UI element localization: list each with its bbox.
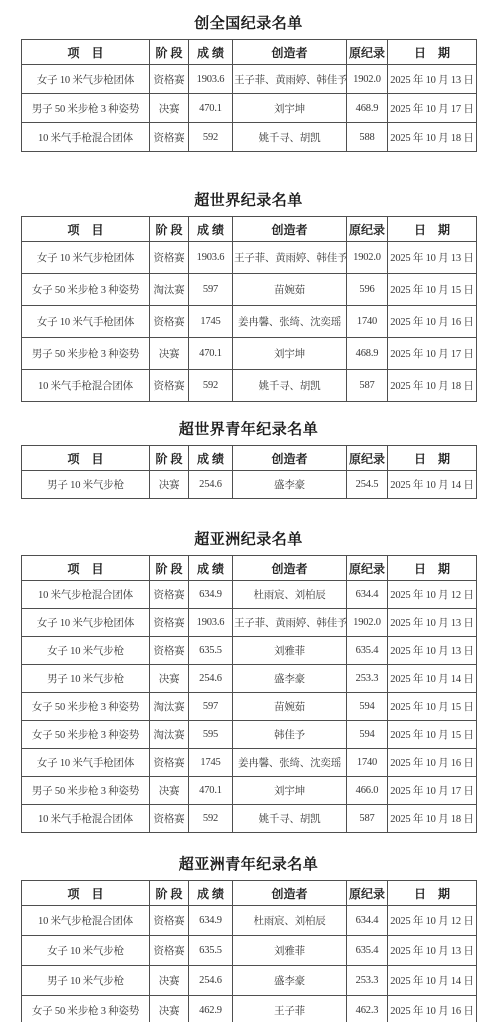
table-row: 女子 10 米气步枪资格赛635.5刘雅菲635.42025 年 10 月 13… (22, 637, 477, 665)
cell-score: 595 (189, 721, 233, 749)
cell-event: 女子 50 米步枪 3 种姿势 (22, 721, 150, 749)
section-title: 超世界青年纪录名单 (21, 418, 476, 439)
cell-event: 女子 10 米气步枪团体 (22, 609, 150, 637)
cell-date: 2025 年 10 月 15 日 (388, 274, 477, 306)
column-header-creator: 创造者 (233, 556, 347, 581)
column-header-stage: 阶 段 (150, 881, 189, 906)
cell-previous-record: 466.0 (347, 777, 388, 805)
cell-score: 254.6 (189, 471, 233, 499)
table-row: 女子 10 米气步枪团体资格赛1903.6王子菲、黄雨婷、韩佳予1902.020… (22, 242, 477, 274)
cell-score: 470.1 (189, 777, 233, 805)
cell-creator: 姚千寻、胡凯 (233, 123, 347, 152)
cell-stage: 资格赛 (150, 65, 189, 94)
cell-event: 男子 50 米步枪 3 种姿势 (22, 94, 150, 123)
column-header-creator: 创造者 (233, 446, 347, 471)
cell-creator: 刘宇坤 (233, 94, 347, 123)
cell-creator: 杜雨宸、刘柏辰 (233, 581, 347, 609)
cell-event: 男子 50 米步枪 3 种姿势 (22, 777, 150, 805)
column-header-event: 项 目 (22, 446, 150, 471)
cell-previous-record: 587 (347, 805, 388, 833)
cell-previous-record: 588 (347, 123, 388, 152)
column-header-date: 日 期 (388, 556, 477, 581)
cell-event: 男子 10 米气步枪 (22, 665, 150, 693)
cell-creator: 王子菲、黄雨婷、韩佳予 (233, 242, 347, 274)
cell-date: 2025 年 10 月 13 日 (388, 936, 477, 966)
column-header-score: 成 绩 (189, 446, 233, 471)
cell-event: 女子 10 米气步枪团体 (22, 65, 150, 94)
cell-stage: 决赛 (150, 338, 189, 370)
cell-score: 1903.6 (189, 242, 233, 274)
column-header-previous-record: 原纪录 (347, 217, 388, 242)
cell-stage: 决赛 (150, 966, 189, 996)
table-row: 男子 50 米步枪 3 种姿势决赛470.1刘宇坤468.92025 年 10 … (22, 94, 477, 123)
table-row: 女子 10 米气步枪团体资格赛1903.6王子菲、黄雨婷、韩佳予1902.020… (22, 65, 477, 94)
cell-score: 1745 (189, 749, 233, 777)
column-header-previous-record: 原纪录 (347, 556, 388, 581)
record-section: 超亚洲纪录名单项 目阶 段成 绩创造者原纪录日 期10 米气步枪混合团体资格赛6… (21, 528, 476, 833)
record-section: 创全国纪录名单项 目阶 段成 绩创造者原纪录日 期女子 10 米气步枪团体资格赛… (21, 12, 476, 152)
cell-score: 1903.6 (189, 609, 233, 637)
column-header-creator: 创造者 (233, 40, 347, 65)
column-header-event: 项 目 (22, 881, 150, 906)
cell-date: 2025 年 10 月 16 日 (388, 749, 477, 777)
table-row: 10 米气步枪混合团体资格赛634.9杜雨宸、刘柏辰634.42025 年 10… (22, 581, 477, 609)
table-row: 男子 10 米气步枪决赛254.6盛李豪254.52025 年 10 月 14 … (22, 471, 477, 499)
cell-creator: 苗婉茹 (233, 274, 347, 306)
cell-creator: 姚千寻、胡凯 (233, 805, 347, 833)
table-row: 10 米气手枪混合团体资格赛592姚千寻、胡凯5872025 年 10 月 18… (22, 370, 477, 402)
cell-stage: 资格赛 (150, 123, 189, 152)
cell-score: 597 (189, 693, 233, 721)
cell-score: 462.9 (189, 996, 233, 1022)
cell-stage: 资格赛 (150, 805, 189, 833)
column-header-event: 项 目 (22, 556, 150, 581)
cell-event: 男子 10 米气步枪 (22, 471, 150, 499)
table-row: 女子 50 米步枪 3 种姿势淘汰赛597苗婉茹5942025 年 10 月 1… (22, 693, 477, 721)
cell-date: 2025 年 10 月 15 日 (388, 693, 477, 721)
cell-stage: 资格赛 (150, 749, 189, 777)
column-header-date: 日 期 (388, 881, 477, 906)
column-header-score: 成 绩 (189, 217, 233, 242)
cell-event: 10 米气手枪混合团体 (22, 123, 150, 152)
table-row: 女子 10 米气步枪团体资格赛1903.6王子菲、黄雨婷、韩佳予1902.020… (22, 609, 477, 637)
cell-date: 2025 年 10 月 14 日 (388, 471, 477, 499)
cell-event: 女子 10 米气步枪 (22, 936, 150, 966)
cell-date: 2025 年 10 月 18 日 (388, 805, 477, 833)
cell-event: 男子 10 米气步枪 (22, 966, 150, 996)
cell-score: 592 (189, 370, 233, 402)
cell-date: 2025 年 10 月 17 日 (388, 338, 477, 370)
table-row: 男子 10 米气步枪决赛254.6盛李豪253.32025 年 10 月 14 … (22, 665, 477, 693)
cell-stage: 决赛 (150, 996, 189, 1022)
cell-event: 10 米气手枪混合团体 (22, 370, 150, 402)
table-row: 女子 50 米步枪 3 种姿势决赛462.9王子菲462.32025 年 10 … (22, 996, 477, 1022)
record-section: 超亚洲青年纪录名单项 目阶 段成 绩创造者原纪录日 期10 米气步枪混合团体资格… (21, 853, 476, 1022)
cell-date: 2025 年 10 月 12 日 (388, 581, 477, 609)
cell-score: 634.9 (189, 906, 233, 936)
cell-stage: 淘汰赛 (150, 721, 189, 749)
cell-creator: 刘宇坤 (233, 338, 347, 370)
column-header-stage: 阶 段 (150, 446, 189, 471)
cell-date: 2025 年 10 月 14 日 (388, 966, 477, 996)
header-row: 项 目阶 段成 绩创造者原纪录日 期 (22, 556, 477, 581)
header-row: 项 目阶 段成 绩创造者原纪录日 期 (22, 40, 477, 65)
section-title: 创全国纪录名单 (21, 12, 476, 33)
cell-previous-record: 253.3 (347, 665, 388, 693)
records-table: 项 目阶 段成 绩创造者原纪录日 期女子 10 米气步枪团体资格赛1903.6王… (21, 39, 477, 152)
cell-creator: 姜冉馨、张绮、沈奕瑶 (233, 749, 347, 777)
cell-stage: 决赛 (150, 471, 189, 499)
cell-date: 2025 年 10 月 16 日 (388, 306, 477, 338)
cell-previous-record: 587 (347, 370, 388, 402)
column-header-creator: 创造者 (233, 881, 347, 906)
column-header-score: 成 绩 (189, 40, 233, 65)
header-row: 项 目阶 段成 绩创造者原纪录日 期 (22, 881, 477, 906)
table-row: 女子 10 米气手枪团体资格赛1745姜冉馨、张绮、沈奕瑶17402025 年 … (22, 749, 477, 777)
cell-date: 2025 年 10 月 17 日 (388, 94, 477, 123)
cell-date: 2025 年 10 月 13 日 (388, 637, 477, 665)
cell-previous-record: 468.9 (347, 338, 388, 370)
section-title: 超亚洲纪录名单 (21, 528, 476, 549)
cell-stage: 资格赛 (150, 581, 189, 609)
column-header-date: 日 期 (388, 217, 477, 242)
cell-event: 女子 10 米气步枪 (22, 637, 150, 665)
cell-date: 2025 年 10 月 13 日 (388, 242, 477, 274)
cell-previous-record: 1902.0 (347, 65, 388, 94)
cell-stage: 资格赛 (150, 936, 189, 966)
cell-creator: 姚千寻、胡凯 (233, 370, 347, 402)
table-row: 男子 50 米步枪 3 种姿势决赛470.1刘宇坤468.92025 年 10 … (22, 338, 477, 370)
cell-stage: 资格赛 (150, 906, 189, 936)
cell-date: 2025 年 10 月 12 日 (388, 906, 477, 936)
table-row: 男子 10 米气步枪决赛254.6盛李豪253.32025 年 10 月 14 … (22, 966, 477, 996)
cell-score: 634.9 (189, 581, 233, 609)
column-header-stage: 阶 段 (150, 40, 189, 65)
cell-event: 女子 10 米气手枪团体 (22, 306, 150, 338)
cell-previous-record: 253.3 (347, 966, 388, 996)
cell-date: 2025 年 10 月 13 日 (388, 65, 477, 94)
records-table: 项 目阶 段成 绩创造者原纪录日 期10 米气步枪混合团体资格赛634.9杜雨宸… (21, 555, 477, 833)
cell-score: 1745 (189, 306, 233, 338)
cell-score: 470.1 (189, 94, 233, 123)
cell-creator: 王子菲 (233, 996, 347, 1022)
cell-creator: 韩佳予 (233, 721, 347, 749)
table-row: 男子 50 米步枪 3 种姿势决赛470.1刘宇坤466.02025 年 10 … (22, 777, 477, 805)
header-row: 项 目阶 段成 绩创造者原纪录日 期 (22, 446, 477, 471)
cell-event: 女子 10 米气步枪团体 (22, 242, 150, 274)
table-row: 女子 10 米气手枪团体资格赛1745姜冉馨、张绮、沈奕瑶17402025 年 … (22, 306, 477, 338)
table-row: 女子 10 米气步枪资格赛635.5刘雅菲635.42025 年 10 月 13… (22, 936, 477, 966)
cell-score: 592 (189, 123, 233, 152)
cell-score: 254.6 (189, 966, 233, 996)
cell-previous-record: 462.3 (347, 996, 388, 1022)
column-header-creator: 创造者 (233, 217, 347, 242)
column-header-date: 日 期 (388, 446, 477, 471)
cell-creator: 刘雅菲 (233, 936, 347, 966)
cell-event: 女子 50 米步枪 3 种姿势 (22, 693, 150, 721)
column-header-event: 项 目 (22, 40, 150, 65)
record-section: 超世界纪录名单项 目阶 段成 绩创造者原纪录日 期女子 10 米气步枪团体资格赛… (21, 189, 476, 402)
cell-date: 2025 年 10 月 18 日 (388, 370, 477, 402)
cell-date: 2025 年 10 月 17 日 (388, 777, 477, 805)
cell-previous-record: 1902.0 (347, 242, 388, 274)
cell-creator: 王子菲、黄雨婷、韩佳予 (233, 65, 347, 94)
cell-stage: 资格赛 (150, 637, 189, 665)
cell-event: 10 米气手枪混合团体 (22, 805, 150, 833)
cell-creator: 盛李豪 (233, 471, 347, 499)
cell-previous-record: 635.4 (347, 936, 388, 966)
cell-event: 男子 50 米步枪 3 种姿势 (22, 338, 150, 370)
cell-previous-record: 635.4 (347, 637, 388, 665)
cell-previous-record: 254.5 (347, 471, 388, 499)
cell-previous-record: 468.9 (347, 94, 388, 123)
cell-creator: 盛李豪 (233, 665, 347, 693)
cell-previous-record: 1740 (347, 749, 388, 777)
cell-previous-record: 596 (347, 274, 388, 306)
cell-event: 女子 50 米步枪 3 种姿势 (22, 996, 150, 1022)
cell-creator: 盛李豪 (233, 966, 347, 996)
table-row: 女子 50 米步枪 3 种姿势淘汰赛597苗婉茹5962025 年 10 月 1… (22, 274, 477, 306)
cell-score: 635.5 (189, 637, 233, 665)
column-header-score: 成 绩 (189, 881, 233, 906)
records-table: 项 目阶 段成 绩创造者原纪录日 期女子 10 米气步枪团体资格赛1903.6王… (21, 216, 477, 402)
cell-date: 2025 年 10 月 15 日 (388, 721, 477, 749)
cell-creator: 刘宇坤 (233, 777, 347, 805)
cell-previous-record: 634.4 (347, 581, 388, 609)
cell-creator: 苗婉茹 (233, 693, 347, 721)
cell-creator: 王子菲、黄雨婷、韩佳予 (233, 609, 347, 637)
cell-score: 597 (189, 274, 233, 306)
column-header-date: 日 期 (388, 40, 477, 65)
cell-previous-record: 634.4 (347, 906, 388, 936)
column-header-stage: 阶 段 (150, 556, 189, 581)
cell-score: 254.6 (189, 665, 233, 693)
cell-stage: 决赛 (150, 665, 189, 693)
cell-creator: 刘雅菲 (233, 637, 347, 665)
table-row: 10 米气手枪混合团体资格赛592姚千寻、胡凯5872025 年 10 月 18… (22, 805, 477, 833)
cell-score: 1903.6 (189, 65, 233, 94)
cell-event: 10 米气步枪混合团体 (22, 581, 150, 609)
column-header-event: 项 目 (22, 217, 150, 242)
cell-event: 10 米气步枪混合团体 (22, 906, 150, 936)
column-header-previous-record: 原纪录 (347, 40, 388, 65)
document-page: 创全国纪录名单项 目阶 段成 绩创造者原纪录日 期女子 10 米气步枪团体资格赛… (0, 0, 497, 1022)
cell-event: 女子 50 米步枪 3 种姿势 (22, 274, 150, 306)
cell-stage: 资格赛 (150, 242, 189, 274)
record-section: 超世界青年纪录名单项 目阶 段成 绩创造者原纪录日 期男子 10 米气步枪决赛2… (21, 418, 476, 499)
column-header-stage: 阶 段 (150, 217, 189, 242)
cell-stage: 决赛 (150, 94, 189, 123)
cell-date: 2025 年 10 月 14 日 (388, 665, 477, 693)
column-header-previous-record: 原纪录 (347, 446, 388, 471)
column-header-previous-record: 原纪录 (347, 881, 388, 906)
cell-creator: 姜冉馨、张绮、沈奕瑶 (233, 306, 347, 338)
cell-score: 470.1 (189, 338, 233, 370)
cell-stage: 淘汰赛 (150, 274, 189, 306)
cell-date: 2025 年 10 月 13 日 (388, 609, 477, 637)
cell-score: 635.5 (189, 936, 233, 966)
cell-previous-record: 594 (347, 721, 388, 749)
cell-stage: 资格赛 (150, 609, 189, 637)
section-title: 超世界纪录名单 (21, 189, 476, 210)
cell-event: 女子 10 米气手枪团体 (22, 749, 150, 777)
header-row: 项 目阶 段成 绩创造者原纪录日 期 (22, 217, 477, 242)
table-row: 10 米气手枪混合团体资格赛592姚千寻、胡凯5882025 年 10 月 18… (22, 123, 477, 152)
records-table: 项 目阶 段成 绩创造者原纪录日 期10 米气步枪混合团体资格赛634.9杜雨宸… (21, 880, 477, 1022)
cell-previous-record: 1902.0 (347, 609, 388, 637)
table-row: 女子 50 米步枪 3 种姿势淘汰赛595韩佳予5942025 年 10 月 1… (22, 721, 477, 749)
cell-previous-record: 1740 (347, 306, 388, 338)
cell-creator: 杜雨宸、刘柏辰 (233, 906, 347, 936)
cell-date: 2025 年 10 月 16 日 (388, 996, 477, 1022)
cell-previous-record: 594 (347, 693, 388, 721)
cell-stage: 资格赛 (150, 370, 189, 402)
table-row: 10 米气步枪混合团体资格赛634.9杜雨宸、刘柏辰634.42025 年 10… (22, 906, 477, 936)
column-header-score: 成 绩 (189, 556, 233, 581)
records-table: 项 目阶 段成 绩创造者原纪录日 期男子 10 米气步枪决赛254.6盛李豪25… (21, 445, 477, 499)
cell-score: 592 (189, 805, 233, 833)
section-title: 超亚洲青年纪录名单 (21, 853, 476, 874)
cell-stage: 决赛 (150, 777, 189, 805)
cell-stage: 资格赛 (150, 306, 189, 338)
cell-stage: 淘汰赛 (150, 693, 189, 721)
cell-date: 2025 年 10 月 18 日 (388, 123, 477, 152)
